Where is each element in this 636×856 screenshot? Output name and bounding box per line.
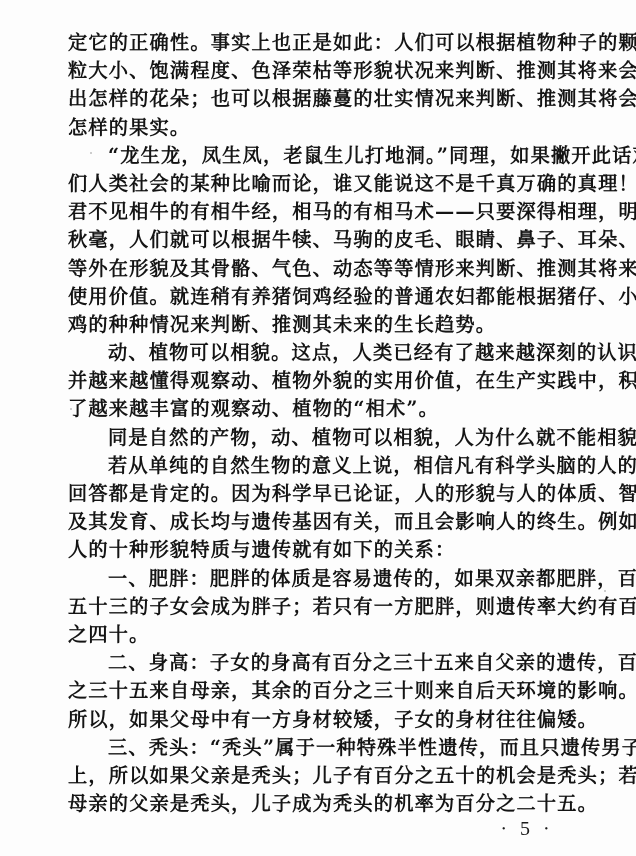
- text-line: 之三十五来自母亲，其余的百分之三十则来自后天环境的影响。: [68, 677, 582, 705]
- text-line: 定它的正确性。事实上也正是如此：人们可以根据植物种子的颗: [68, 29, 582, 57]
- text-line: 三、秃头：“秃头”属于一种特殊半性遗传，而且只遗传男子身: [68, 734, 582, 762]
- scan-speck: [604, 590, 606, 592]
- book-page: 定它的正确性。事实上也正是如此：人们可以根据植物种子的颗粒大小、饱满程度、色泽荣…: [0, 0, 636, 856]
- scan-speck: [90, 152, 92, 154]
- text-line: 鸡的种种情况来判断、推测其未来的生长趋势。: [68, 311, 582, 339]
- text-line: 回答都是肯定的。因为科学早已论证，人的形貌与人的体质、智力: [68, 480, 582, 508]
- text-line: 粒大小、饱满程度、色泽荣枯等形貌状况来判断、推测其将来会开: [68, 57, 582, 85]
- text-line: 们人类社会的某种比喻而论，谁又能说这不是千真万确的真理！: [68, 170, 582, 198]
- text-line: 使用价值。就连稍有养猪饲鸡经验的普通农妇都能根据猪仔、小: [68, 283, 582, 311]
- text-line: 一、肥胖：肥胖的体质是容易遗传的，如果双亲都肥胖，百分之: [68, 565, 582, 593]
- scan-speck: [228, 812, 230, 814]
- text-line: 五十三的子女会成为胖子；若只有一方肥胖，则遗传率大约有百分: [68, 593, 582, 621]
- text-line: 等外在形貌及其骨骼、气色、动态等等情形来判断、推测其将来的: [68, 255, 582, 283]
- text-line: 二、身高：子女的身高有百分之三十五来自父亲的遗传，百分: [68, 649, 582, 677]
- scan-speck: [70, 408, 72, 410]
- text-line: 出怎样的花朵；也可以根据藤蔓的壮实情况来判断、推测其将会结: [68, 85, 582, 113]
- text-line: “龙生龙，凤生凤，老鼠生儿打地洞。”同理，如果撇开此话对我: [68, 142, 582, 170]
- body-text: 定它的正确性。事实上也正是如此：人们可以根据植物种子的颗粒大小、饱满程度、色泽荣…: [68, 29, 582, 818]
- text-line: 秋毫，人们就可以根据牛犊、马驹的皮毛、眼睛、鼻子、耳朵、嘴角等: [68, 226, 582, 254]
- text-line: 人的十种形貌特质与遗传就有如下的关系：: [68, 536, 582, 564]
- text-line: 若从单纯的自然生物的意义上说，相信凡有科学头脑的人的: [68, 452, 582, 480]
- scan-speck: [602, 62, 604, 64]
- scan-speck: [600, 445, 602, 447]
- text-line: 上，所以如果父亲是秃头；儿子有百分之五十的机会是秃头；若是: [68, 762, 582, 790]
- text-line: 怎样的果实。: [68, 114, 582, 142]
- text-line: 同是自然的产物，动、植物可以相貌，人为什么就不能相貌呢？: [68, 424, 582, 452]
- page-number: · 5 ·: [497, 818, 557, 841]
- text-line: 母亲的父亲是秃头，儿子成为秃头的机率为百分之二十五。: [68, 790, 582, 818]
- text-line: 了越来越丰富的观察动、植物的“相术”。: [68, 395, 582, 423]
- text-line: 所以，如果父母中有一方身材较矮，子女的身材往往偏矮。: [68, 706, 582, 734]
- scan-speck: [610, 470, 612, 472]
- text-line: 之四十。: [68, 621, 582, 649]
- text-line: 及其发育、成长均与遗传基因有关，而且会影响人的终生。例如，: [68, 508, 582, 536]
- text-line: 动、植物可以相貌。这点，人类已经有了越来越深刻的认识，: [68, 339, 582, 367]
- text-line: 并越来越懂得观察动、植物外貌的实用价值，在生产实践中，积累: [68, 367, 582, 395]
- text-line: 君不见相牛的有相牛经，相马的有相马术——只要深得相理，明察: [68, 198, 582, 226]
